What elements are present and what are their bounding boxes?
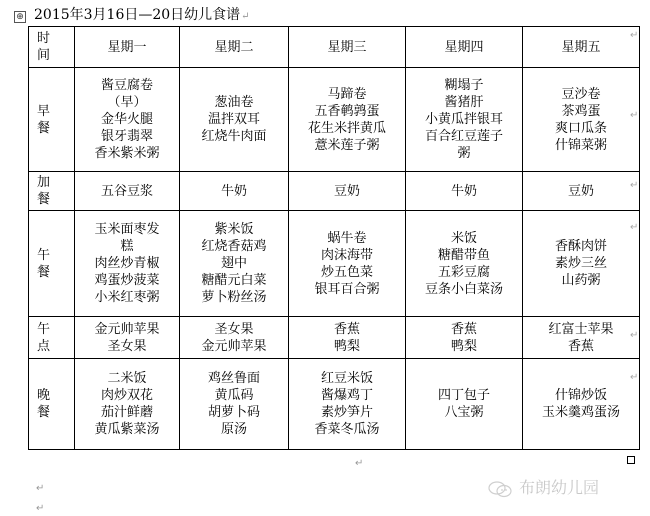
menu-cell-fri[interactable]: 什锦炒饭玉米羹鸡蛋汤	[523, 359, 640, 450]
menu-cell-fri[interactable]: 豆奶	[523, 172, 640, 211]
dish-item: 四丁包子	[408, 387, 520, 404]
dish-item: 红烧香菇鸡	[182, 238, 286, 255]
header-row: 时 间 星期一 星期二 星期三 星期四 星期五	[29, 27, 640, 68]
menu-cell-wed[interactable]: 豆奶	[289, 172, 406, 211]
dish-item: 素炒笋片	[291, 404, 403, 421]
dish-item: 红烧牛肉面	[182, 128, 286, 145]
paragraph-mark-icon: ↵	[241, 11, 249, 22]
menu-cell-thu[interactable]: 糊塌子酱猪肝小黄瓜拌银耳百合红豆莲子粥	[406, 68, 523, 172]
meal-period-label: 午	[37, 321, 72, 338]
dish-item: 紫米饭	[182, 221, 286, 238]
dish-item: 炒五色菜	[291, 264, 403, 281]
watermark-text: 布朗幼儿园	[519, 478, 599, 497]
dish-item: 百合红豆莲子	[408, 128, 520, 145]
dish-item: 什锦菜粥	[525, 137, 637, 154]
dish-item: 黄瓜紫菜汤	[77, 421, 177, 438]
dish-item: 肉炒双花	[77, 387, 177, 404]
dish-item: 爽口瓜条	[525, 120, 637, 137]
menu-cell-tue[interactable]: 紫米饭红烧香菇鸡翅中糖醋元白菜萝卜粉丝汤	[180, 211, 289, 317]
dish-item: 温拌双耳	[182, 111, 286, 128]
dish-item: 茶鸡蛋	[525, 103, 637, 120]
meal-period-label: 餐	[37, 264, 72, 281]
row-end-mark-icon: ↵	[630, 180, 638, 191]
day-label: 星期四	[444, 40, 483, 55]
dish-item: 糊塌子	[408, 77, 520, 94]
snack-row: 加餐五谷豆浆牛奶豆奶牛奶豆奶	[29, 172, 640, 211]
document-title: 2015年3月16日—20日幼儿食谱↵	[34, 6, 250, 26]
dish-item: 酱猪肝	[408, 94, 520, 111]
day-label: 星期三	[327, 40, 366, 55]
dish-item: 什锦炒饭	[525, 387, 637, 404]
dish-item: 米饭	[408, 230, 520, 247]
meal-period-cell[interactable]: 早餐	[29, 68, 75, 172]
dish-item: 粥	[408, 145, 520, 162]
meal-period-label: 晚	[37, 387, 72, 404]
dish-item: 胡萝卜码	[182, 404, 286, 421]
dish-item: 鸡丝鲁面	[182, 370, 286, 387]
menu-cell-mon[interactable]: 二米饭肉炒双花茄汁鲜蘑黄瓜紫菜汤	[75, 359, 180, 450]
row-end-mark-icon: ↵	[630, 110, 638, 121]
title-text: 2015年3月16日—20日幼儿食谱	[34, 7, 240, 23]
dish-item: 红豆米饭	[291, 370, 403, 387]
dish-item: 五彩豆腐	[408, 264, 520, 281]
dish-item: 香菜冬瓜汤	[291, 421, 403, 438]
dish-item: 糖醋元白菜	[182, 272, 286, 289]
menu-cell-mon[interactable]: 酱豆腐卷（早）金华火腿银牙翡翠香米紫米粥	[75, 68, 180, 172]
dish-item: 酱豆腐卷	[77, 77, 177, 94]
menu-cell-fri[interactable]: 红富士苹果香蕉	[523, 317, 640, 359]
day-header-mon[interactable]: 星期一	[75, 27, 180, 68]
dish-item: 二米饭	[77, 370, 177, 387]
dish-item: 萝卜粉丝汤	[182, 289, 286, 306]
row-end-mark-icon: ↵	[630, 222, 638, 233]
paragraph-mark-icon: ↵	[36, 483, 44, 494]
dish-item: 香酥肉饼	[525, 238, 637, 255]
day-header-fri[interactable]: 星期五	[523, 27, 640, 68]
row-end-mark-icon: ↵	[630, 372, 638, 383]
dish-item: 金华火腿	[77, 111, 177, 128]
dish-item: 茄汁鲜蘑	[77, 404, 177, 421]
time-header-cell[interactable]: 时 间	[29, 27, 75, 68]
dish-item: 金元帅苹果	[182, 338, 286, 355]
dish-item: 香米紫米粥	[77, 145, 177, 162]
dish-item: 葱油卷	[182, 94, 286, 111]
menu-cell-mon[interactable]: 五谷豆浆	[75, 172, 180, 211]
dish-item: 豆奶	[291, 183, 403, 200]
table-resize-handle[interactable]	[627, 456, 635, 464]
menu-cell-fri[interactable]: 豆沙卷茶鸡蛋爽口瓜条什锦菜粥	[523, 68, 640, 172]
dinner-row: 晚餐二米饭肉炒双花茄汁鲜蘑黄瓜紫菜汤鸡丝鲁面黄瓜码胡萝卜码原汤红豆米饭酱爆鸡丁素…	[29, 359, 640, 450]
day-header-thu[interactable]: 星期四	[406, 27, 523, 68]
breakfast-row: 早餐酱豆腐卷（早）金华火腿银牙翡翠香米紫米粥葱油卷温拌双耳红烧牛肉面马蹄卷五香鹌…	[29, 68, 640, 172]
dish-item: 豆奶	[525, 183, 637, 200]
menu-cell-thu[interactable]: 牛奶	[406, 172, 523, 211]
dish-item: 八宝粥	[408, 404, 520, 421]
menu-cell-tue[interactable]: 牛奶	[180, 172, 289, 211]
menu-cell-mon[interactable]: 金元帅苹果圣女果	[75, 317, 180, 359]
menu-cell-thu[interactable]: 米饭糖醋带鱼五彩豆腐豆条小白菜汤	[406, 211, 523, 317]
dish-item: 原汤	[182, 421, 286, 438]
day-label: 星期一	[107, 40, 146, 55]
meal-period-cell[interactable]: 午餐	[29, 211, 75, 317]
dish-item: 翅中	[182, 255, 286, 272]
dish-item: 香蕉	[291, 321, 403, 338]
menu-cell-fri[interactable]: 香酥肉饼素炒三丝山药粥	[523, 211, 640, 317]
meal-period-cell[interactable]: 加餐	[29, 172, 75, 211]
paragraph-mark-icon: ↵	[355, 458, 363, 469]
dish-item: 红富士苹果	[525, 321, 637, 338]
row-end-mark-icon: ↵	[630, 330, 638, 341]
menu-cell-wed[interactable]: 红豆米饭酱爆鸡丁素炒笋片香菜冬瓜汤	[289, 359, 406, 450]
dish-item: 银耳百合粥	[291, 281, 403, 298]
dish-item: 山药粥	[525, 272, 637, 289]
dish-item: 糖醋带鱼	[408, 247, 520, 264]
meal-period-label: 餐	[37, 191, 72, 208]
dish-item: 五香鹌鹑蛋	[291, 103, 403, 120]
dish-item: 糕	[77, 238, 177, 255]
dish-item: 肉丝炒青椒	[77, 255, 177, 272]
menu-table: 时 间 星期一 星期二 星期三 星期四 星期五 早餐酱豆腐卷（早）金华火腿银牙翡…	[28, 26, 640, 450]
menu-cell-wed[interactable]: 蜗牛卷肉沫海带炒五色菜银耳百合粥	[289, 211, 406, 317]
meal-period-label: 加	[37, 174, 72, 191]
time-header-line: 时	[37, 30, 72, 47]
dish-item: 素炒三丝	[525, 255, 637, 272]
meal-period-label: 餐	[37, 120, 72, 137]
dish-item: 豆条小白菜汤	[408, 281, 520, 298]
menu-cell-tue[interactable]: 鸡丝鲁面黄瓜码胡萝卜码原汤	[180, 359, 289, 450]
wechat-icon	[487, 480, 513, 498]
meal-period-label: 早	[37, 103, 72, 120]
meal-period-cell[interactable]: 午点	[29, 317, 75, 359]
meal-period-cell[interactable]: 晚餐	[29, 359, 75, 450]
dish-item: 金元帅苹果	[77, 321, 177, 338]
menu-cell-thu[interactable]: 香蕉鸭梨	[406, 317, 523, 359]
day-header-wed[interactable]: 星期三	[289, 27, 406, 68]
watermark: 布朗幼儿园	[487, 475, 599, 498]
dish-item: 蜗牛卷	[291, 230, 403, 247]
dish-item: 豆沙卷	[525, 86, 637, 103]
dish-item: 鸭梨	[408, 338, 520, 355]
dish-item: 圣女果	[77, 338, 177, 355]
lunch-row: 午餐玉米面枣发糕肉丝炒青椒鸡蛋炒菠菜小米红枣粥紫米饭红烧香菇鸡翅中糖醋元白菜萝卜…	[29, 211, 640, 317]
afternoon-snack-row: 午点金元帅苹果圣女果圣女果金元帅苹果香蕉鸭梨香蕉鸭梨红富士苹果香蕉	[29, 317, 640, 359]
day-label: 星期五	[561, 40, 600, 55]
dish-item: 小黄瓜拌银耳	[408, 111, 520, 128]
paragraph-mark-icon: ↵	[36, 503, 44, 514]
dish-item: 圣女果	[182, 321, 286, 338]
day-header-tue[interactable]: 星期二	[180, 27, 289, 68]
dish-item: 五谷豆浆	[77, 183, 177, 200]
time-header-line: 间	[37, 47, 72, 64]
row-end-mark-icon: ↵	[630, 30, 638, 41]
dish-item: （早）	[77, 94, 177, 111]
menu-cell-thu[interactable]: 四丁包子八宝粥	[406, 359, 523, 450]
menu-cell-wed[interactable]: 香蕉鸭梨	[289, 317, 406, 359]
dish-item: 马蹄卷	[291, 86, 403, 103]
dish-item: 香蕉	[408, 321, 520, 338]
dish-item: 鸭梨	[291, 338, 403, 355]
dish-item: 玉米羹鸡蛋汤	[525, 404, 637, 421]
dish-item: 牛奶	[408, 183, 520, 200]
dish-item: 鸡蛋炒菠菜	[77, 272, 177, 289]
dish-item: 牛奶	[182, 183, 286, 200]
menu-cell-mon[interactable]: 玉米面枣发糕肉丝炒青椒鸡蛋炒菠菜小米红枣粥	[75, 211, 180, 317]
dish-item: 花生米拌黄瓜	[291, 120, 403, 137]
menu-cell-wed[interactable]: 马蹄卷五香鹌鹑蛋花生米拌黄瓜薏米莲子粥	[289, 68, 406, 172]
dish-item: 香蕉	[525, 338, 637, 355]
menu-cell-tue[interactable]: 圣女果金元帅苹果	[180, 317, 289, 359]
day-label: 星期二	[214, 40, 253, 55]
table-move-handle-icon[interactable]: ⊕	[14, 11, 26, 23]
meal-period-label: 点	[37, 338, 72, 355]
dish-item: 肉沫海带	[291, 247, 403, 264]
dish-item: 银牙翡翠	[77, 128, 177, 145]
meal-period-label: 午	[37, 247, 72, 264]
meal-period-label: 餐	[37, 404, 72, 421]
dish-item: 酱爆鸡丁	[291, 387, 403, 404]
dish-item: 玉米面枣发	[77, 221, 177, 238]
menu-cell-tue[interactable]: 葱油卷温拌双耳红烧牛肉面	[180, 68, 289, 172]
dish-item: 薏米莲子粥	[291, 137, 403, 154]
dish-item: 小米红枣粥	[77, 289, 177, 306]
dish-item: 黄瓜码	[182, 387, 286, 404]
